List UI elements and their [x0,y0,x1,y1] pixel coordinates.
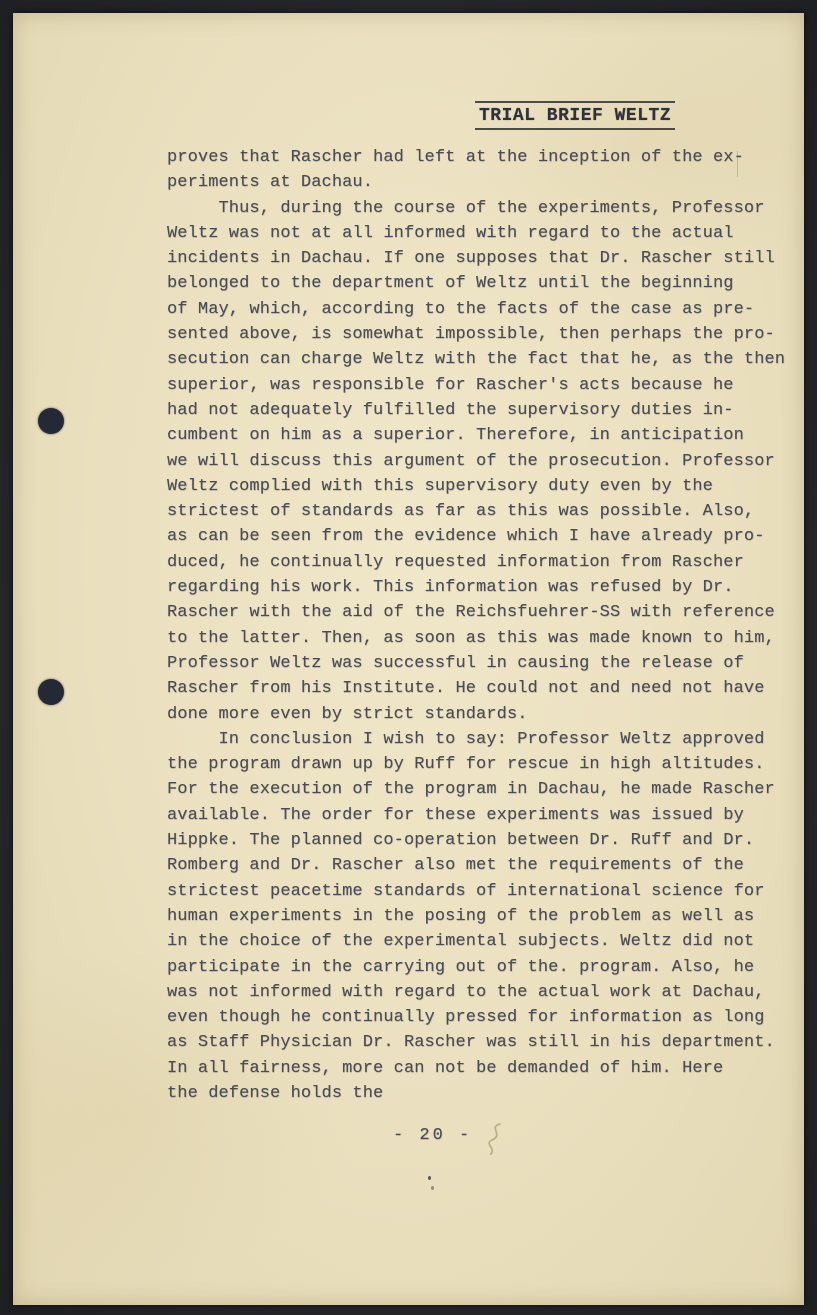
ink-speck [428,1176,431,1180]
document-body: proves that Rascher had left at the ince… [167,145,785,1106]
scanned-page-background: TRIAL BRIEF WELTZ proves that Rascher ha… [0,0,817,1315]
punch-hole-bottom [38,679,64,705]
document-title: TRIAL BRIEF WELTZ [475,101,675,130]
page-number: - 20 - [393,1126,472,1145]
paper-fiber-mark [737,151,738,177]
document-page: TRIAL BRIEF WELTZ proves that Rascher ha… [13,13,804,1305]
pencil-squiggle-mark [478,1121,512,1161]
punch-hole-top [38,408,64,434]
